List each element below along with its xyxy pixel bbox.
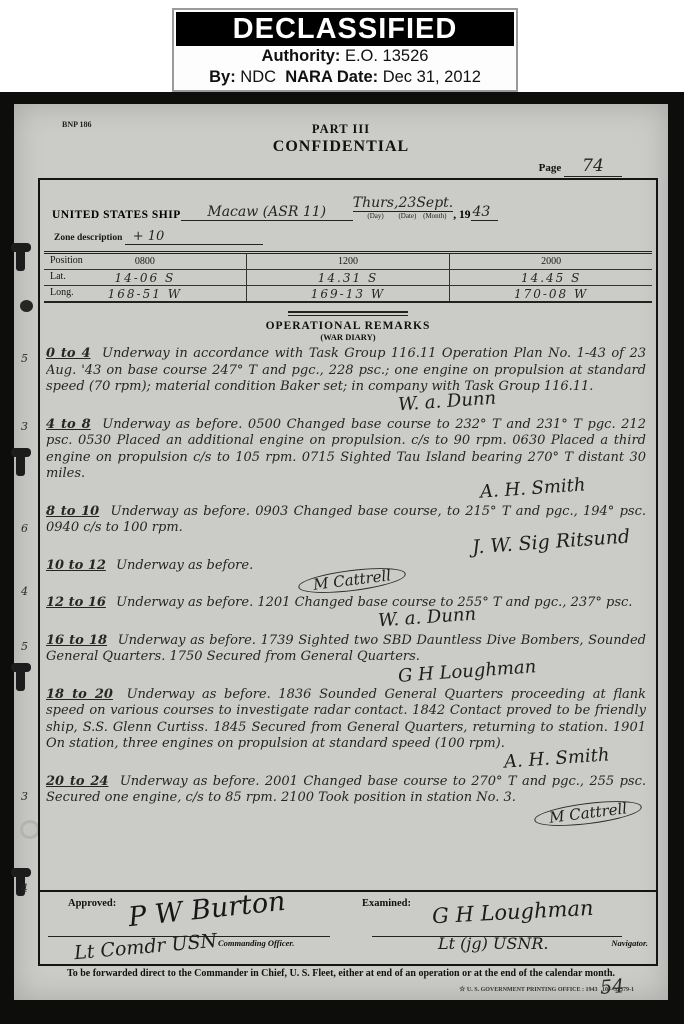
binder-fastener: [16, 450, 25, 476]
authority-value: E.O. 13526: [345, 47, 428, 65]
longitude-row: Long. 168-51 W 169-13 W 170-08 W: [44, 286, 652, 303]
lat-2000: 14.45 S: [450, 271, 652, 285]
long-0800: 168-51 W: [44, 287, 246, 301]
entry-text: Underway as before. 1201 Changed base co…: [116, 595, 632, 610]
navigator-rank: Lt (jg) USNR.: [438, 934, 549, 953]
by-value: NDC: [240, 68, 276, 86]
declassified-title: DECLASSIFIED: [176, 12, 514, 46]
entry-4to8: 4 to 8 Underway as before. 0500 Changed …: [46, 417, 646, 501]
page-label: Page: [539, 162, 562, 174]
year-prefix: , 19: [453, 209, 470, 221]
war-diary-page: 5 3 6 4 5 3 4 BNP 186 PART III CONFIDENT…: [14, 104, 668, 1000]
punch-hole: [20, 300, 33, 312]
month-value: Sept.: [416, 195, 453, 212]
part-title: PART III: [14, 122, 668, 137]
long-1200: 169-13 W: [247, 287, 450, 301]
entry-time: 20 to 24: [46, 774, 114, 789]
zone-label: Zone description: [54, 233, 122, 243]
entry-signature: W. a. Dunn: [377, 606, 476, 629]
latitude-row: Lat. 14-06 S 14.31 S 14.45 S: [44, 270, 652, 286]
lat-0800: 14-06 S: [44, 271, 246, 285]
examined-label: Examined:: [362, 898, 411, 909]
nara-date-value: Dec 31, 2012: [383, 68, 481, 86]
month-field: Sept. (Month): [416, 194, 453, 221]
star-glyph: ☆: [459, 985, 465, 993]
margin-number: 4: [21, 882, 28, 895]
entry-text: Underway as before. 2001 Changed base co…: [46, 774, 646, 806]
page-number-line: Page 74: [539, 156, 622, 177]
ship-label: UNITED STATES SHIP: [52, 209, 181, 221]
margin-number: 5: [21, 352, 28, 365]
page-number: 74: [564, 156, 622, 177]
date-field: 23 (Date): [398, 194, 416, 221]
date-value: 23: [398, 195, 416, 212]
lat-label: Lat.: [50, 271, 66, 282]
remarks-title: OPERATIONAL REMARKS: [40, 320, 656, 332]
margin-number: 3: [21, 420, 28, 433]
year-value: 43: [471, 204, 499, 221]
date-caption: (Date): [398, 212, 416, 221]
entry-20to24: 20 to 24 Underway as before. 2001 Change…: [46, 774, 646, 825]
entry-time: 12 to 16: [46, 595, 112, 610]
entry-0to4: 0 to 4 Underway in accordance with Task …: [46, 346, 646, 414]
remarks-heading: OPERATIONAL REMARKS (WAR DIARY): [40, 311, 656, 342]
entry-signature: A. H. Smith: [480, 477, 586, 501]
entry-time: 8 to 10: [46, 504, 105, 519]
entry-time: 18 to 20: [46, 687, 119, 702]
day-caption: (Day): [353, 212, 399, 221]
long-label: Long.: [50, 287, 74, 298]
margin-number: 4: [21, 585, 28, 598]
entry-signature: J. W. Sig Ritsund: [471, 528, 630, 555]
entry-18to20: 18 to 20 Underway as before. 1836 Sounde…: [46, 687, 646, 771]
approval-block: Approved: P W Burton Lt Comdr USN Comman…: [40, 890, 656, 964]
commanding-officer-title: Commanding Officer.: [218, 938, 294, 948]
ship-name-field: Macaw (ASR 11): [181, 204, 353, 221]
position-header-row: Position 0800 1200 2000: [44, 253, 652, 270]
col-1200: 1200: [247, 256, 450, 267]
month-caption: (Month): [416, 212, 453, 221]
col-2000: 2000: [450, 256, 652, 267]
nara-date-label: NARA Date:: [285, 68, 378, 86]
binder-fastener: [16, 665, 25, 691]
war-diary-entries: 0 to 4 Underway in accordance with Task …: [46, 346, 646, 890]
margin-number: 5: [21, 640, 28, 653]
entry-time: 0 to 4: [46, 346, 97, 361]
entry-10to12: 10 to 12 Underway as before. M Cattrell: [46, 558, 646, 593]
by-label: By:: [209, 68, 236, 86]
entry-text: Underway as before.: [116, 558, 253, 573]
divider-rule: [288, 311, 408, 316]
entry-time: 10 to 12: [46, 558, 112, 573]
binder-fastener: [16, 245, 25, 271]
entry-text: Underway as before. 1739 Sighted two SBD…: [46, 633, 646, 665]
stamp-authority-line: Authority: E.O. 13526: [176, 46, 514, 67]
punch-hole: [20, 820, 40, 839]
entry-text: Underway as before. 0500 Changed base co…: [46, 417, 646, 482]
approved-label: Approved:: [68, 898, 116, 909]
ship-date-line: UNITED STATES SHIP Macaw (ASR 11) Thurs,…: [52, 194, 644, 221]
authority-label: Authority:: [262, 47, 341, 65]
entry-signature: M Cattrell: [533, 796, 643, 830]
entry-16to18: 16 to 18 Underway as before. 1739 Sighte…: [46, 633, 646, 684]
stamp-by-line: By: NDC NARA Date: Dec 31, 2012: [176, 67, 514, 88]
day-field: Thurs, (Day): [353, 194, 399, 221]
commanding-officer-signature: P W Burton: [127, 886, 287, 933]
sheet-number: 54: [599, 975, 625, 999]
log-form-box: UNITED STATES SHIP Macaw (ASR 11) Thurs,…: [38, 178, 658, 966]
entry-time: 4 to 8: [46, 417, 97, 432]
forwarding-instruction: To be forwarded direct to the Commander …: [14, 968, 668, 979]
printing-office-text: U. S. GOVERNMENT PRINTING OFFICE : 1943: [467, 987, 598, 993]
scanned-document-frame: 5 3 6 4 5 3 4 BNP 186 PART III CONFIDENT…: [0, 92, 684, 1024]
commanding-officer-rank: Lt Comdr USN: [73, 930, 218, 964]
entry-time: 16 to 18: [46, 633, 113, 648]
navigator-signature: G H Loughman: [431, 896, 594, 928]
entry-text: Underway in accordance with Task Group 1…: [46, 346, 646, 394]
entry-12to16: 12 to 16 Underway as before. 1201 Change…: [46, 595, 646, 630]
long-2000: 170-08 W: [450, 287, 652, 301]
lat-1200: 14.31 S: [247, 271, 450, 285]
zone-value: + 10: [125, 229, 263, 245]
zone-description-line: Zone description + 10: [54, 229, 644, 245]
navigator-title: Navigator.: [611, 938, 648, 948]
entry-signature: W. a. Dunn: [397, 390, 496, 413]
declassified-stamp: DECLASSIFIED Authority: E.O. 13526 By: N…: [172, 8, 518, 92]
day-value: Thurs,: [353, 195, 399, 212]
margin-number: 3: [21, 790, 28, 803]
entry-signature: M Cattrell: [297, 563, 407, 597]
remarks-subtitle: (WAR DIARY): [40, 332, 656, 342]
entry-text: Underway as before. 1836 Sounded General…: [46, 687, 646, 752]
position-table: Position 0800 1200 2000 Lat. 14-06 S 14.…: [44, 251, 652, 303]
entry-8to10: 8 to 10 Underway as before. 0903 Changed…: [46, 504, 646, 555]
position-row-label: Position: [50, 255, 83, 266]
entry-signature: A. H. Smith: [504, 747, 610, 771]
classification-label: CONFIDENTIAL: [14, 138, 668, 156]
margin-number: 6: [21, 522, 28, 535]
